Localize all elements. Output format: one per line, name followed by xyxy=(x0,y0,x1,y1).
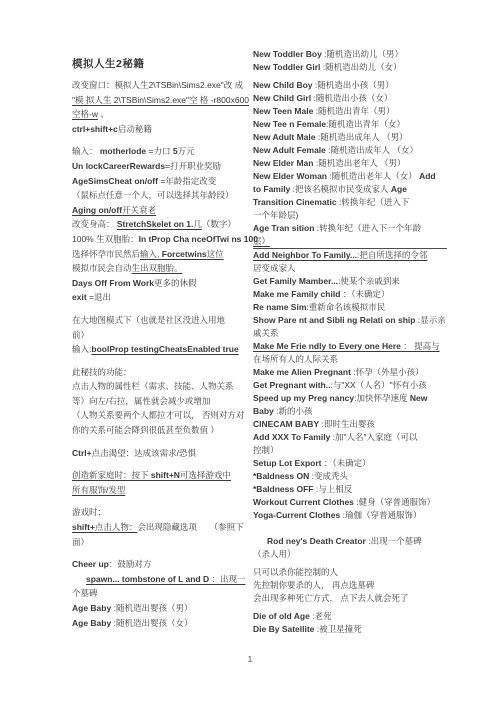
text-line: New Elder Woman :随机造出老年人（女） Add xyxy=(253,170,447,183)
text-segment: 戚关系 xyxy=(253,328,279,338)
text-segment: Make me Family child xyxy=(253,289,340,299)
text-line: Make me Alien Pregnant :怀孕（外星小孩） xyxy=(253,366,447,379)
text-segment: Age Baby xyxy=(72,618,111,628)
text-segment: :随机造出婴孩（女） xyxy=(111,618,192,628)
text-line: 输入:boolProp testingCheatsEnabled true xyxy=(72,342,250,357)
text-line: （鼠标点任意一个人，可以选择其年龄段） xyxy=(72,188,250,203)
text-segment: :显示亲 xyxy=(415,315,445,325)
text-segment: 万元 xyxy=(178,146,195,156)
text-line: 等）向左/右拉，属性就会减少或增加 xyxy=(72,394,250,409)
text-segment: Ctrl+ xyxy=(72,448,92,458)
text-segment: New Tee n Female xyxy=(253,119,326,129)
text-line: New Toddler Boy :随机造出幼儿（男） xyxy=(253,48,447,61)
text-line: New Child Boy :随机造出小孩（男） xyxy=(253,79,447,92)
text-line: Re name Sim:重新命名该模拟市民 xyxy=(253,301,447,314)
text-segment: Aging on/off xyxy=(72,205,122,215)
text-segment: Speed up my Preg nancy xyxy=(253,393,354,403)
text-segment: to Family xyxy=(253,184,290,194)
text-segment: shift+ xyxy=(72,522,95,532)
text-line: Add XXX To Family :加"人名"入家庭（可以 xyxy=(253,431,447,444)
text-segment: CINECAM BABY xyxy=(253,419,319,429)
text-line: Get Family Mamber...:使某个亲戚到来 xyxy=(253,275,447,288)
text-line: shift+点击人物：会出现隐藏选项 （参照下 xyxy=(72,520,250,535)
text-line: 层） xyxy=(253,235,447,249)
text-segment: Die of old Age xyxy=(253,611,310,621)
text-segment: :把该名模拟市民变成家人 xyxy=(290,184,391,194)
text-line: （杀人用） xyxy=(253,548,447,561)
text-segment: :随机造出幼儿（女） xyxy=(320,62,401,72)
text-line: 模拟市民会自动生出双胞胎。 xyxy=(72,261,250,276)
text-line: CINECAM BABY :即时生出婴孩 xyxy=(253,418,447,431)
text-segment: 游戏时： xyxy=(72,507,106,517)
text-line: Make Me Frie ndly to Every one Here ： 提高… xyxy=(253,340,447,353)
text-line: Show Pare nt and Sibli ng Relati on ship… xyxy=(253,314,447,327)
text-line: Cheer up：鼓励对方 xyxy=(72,557,250,572)
text-segment: :老死 xyxy=(310,611,332,621)
text-line: Setup Lot Export ：（未确定） xyxy=(253,457,447,470)
text-segment: ：鼓励对方 xyxy=(109,559,152,569)
text-segment: =退出 xyxy=(87,292,111,302)
text-segment: ： 提高与 xyxy=(401,341,440,351)
text-segment: spawn... tombstone of L and D xyxy=(86,574,209,584)
text-segment: 前） xyxy=(72,330,89,340)
text-line: Ctrl+点击渴望：达成该需求/恐惧 xyxy=(72,446,250,461)
text-line: to Family :把该名模拟市民变成家人 Age xyxy=(253,183,447,196)
text-segment: "模 拟人生 2\TSBin\Sims2.exe"空 格 -r800x600 xyxy=(72,95,249,105)
text-line: 你的关系可能会降到很低甚至负数值 ） xyxy=(72,423,250,438)
text-segment: :随机造出老年人（女） xyxy=(327,171,419,181)
text-line: Workout Current Clothes :健身（穿普通服饰） xyxy=(253,496,447,509)
text-segment: 居变成家人 xyxy=(253,263,296,273)
text-line: 戚关系 xyxy=(253,327,447,340)
text-segment: :与"XX（人名）"怀有小孩 xyxy=(330,380,426,390)
text-segment: Yoga-Current Clothes xyxy=(253,510,340,520)
text-segment: 更多的休假 xyxy=(154,278,197,288)
text-segment: :随机造出幼儿（男） xyxy=(322,49,403,59)
text-segment: :重新命名该模拟市民 xyxy=(306,302,385,312)
text-segment: ：（未确定） xyxy=(340,289,389,299)
text-segment: 选择怀孕市民然后 xyxy=(72,249,140,259)
text-segment: 会出现隐藏选项 （参照下 xyxy=(137,522,243,532)
text-segment: Make me Alien Pregnant xyxy=(253,367,351,377)
text-line: 前） xyxy=(72,328,250,343)
text-line: 点击人物的属性栏（需求、技能、人物关系 xyxy=(72,379,250,394)
text-segment: 输入: xyxy=(72,344,91,354)
text-segment: 启动秘籍 xyxy=(118,124,152,134)
text-segment: New Elder Man xyxy=(253,158,313,168)
text-segment: New Adult Male xyxy=(253,132,316,142)
text-segment: :随机造出小孩（女） xyxy=(311,93,392,103)
text-segment: New Elder Woman xyxy=(253,171,327,181)
text-segment: :转换年纪（进入下 xyxy=(337,197,410,207)
text-segment: AgeSimsCheat on/off xyxy=(72,176,158,186)
text-segment: 生出双胞胎。 xyxy=(132,263,183,273)
text-segment: New Adult Female xyxy=(253,145,326,155)
text-line: Make me Family child ：（未确定） xyxy=(253,288,447,301)
text-segment: 空格-w xyxy=(72,109,98,119)
text-segment: :加快怀孕速度 xyxy=(354,393,410,403)
text-line: Age Tran sition :转换年纪（进入下一个年龄 xyxy=(253,222,447,235)
text-line: Aging on/off开关衰老 xyxy=(72,203,250,218)
text-segment: （人物关系要两个人都拉才可以， 否则对方对 xyxy=(72,410,244,420)
text-line: New Toddler Girl :随机造出幼儿（女） xyxy=(253,61,447,74)
text-segment: 面） xyxy=(72,537,89,547)
text-segment: :瑜伽（穿普通服饰） xyxy=(340,510,421,520)
text-segment: 创造新家庭时：按下 xyxy=(72,470,151,480)
text-segment: :把自所选择的令邻 xyxy=(357,250,427,260)
text-line: New Tee n Female:随机造出青年（女） xyxy=(253,118,447,131)
text-segment: 点击渴望：达成该需求/恐惧 xyxy=(92,448,196,458)
text-segment: 输入, xyxy=(140,249,162,259)
text-segment: :变成秃头 xyxy=(309,471,348,481)
text-segment: （鼠标点任意一个人，可以选择其年龄段） xyxy=(72,190,234,200)
text-segment: :加"人名"入家庭（可以 xyxy=(330,432,417,442)
text-line: New Adult Male :随机造出成年人 （男） xyxy=(253,131,447,144)
page-title: 模拟人生2秘籍 xyxy=(72,56,144,71)
text-segment: 可选择游戏中 xyxy=(180,470,231,480)
text-line: *Baldness ON :变成秃头 xyxy=(253,470,447,483)
text-line: 改变身高： StretchSkelet on 1.几（数字） xyxy=(72,217,250,232)
text-segment: 、 xyxy=(98,109,109,119)
text-segment: Days Off From Work xyxy=(72,278,154,288)
text-line: exit =退出 xyxy=(72,290,250,305)
text-segment: 先控制你要杀的人， 再点选墓碑 xyxy=(253,580,374,590)
text-line: 会出现多种死亡方式， 点下去人就会死了 xyxy=(253,592,447,605)
text-line: New Elder Man :随机造出老年人 （男） xyxy=(253,157,447,170)
text-segment: 控制） xyxy=(253,445,279,455)
text-segment: :随机造出婴孩（男） xyxy=(111,603,192,613)
text-segment: :随机造出青年（男） xyxy=(313,106,394,116)
text-segment: Show Pare nt and Sibli ng Relati on ship xyxy=(253,315,415,325)
right-column: New Toddler Boy :随机造出幼儿（男）New Toddler Gi… xyxy=(253,48,447,636)
text-segment: *Baldness ON xyxy=(253,471,309,481)
page-number: 1 xyxy=(0,655,500,664)
text-line: Days Off From Work更多的休假 xyxy=(72,276,250,291)
text-line: New Teen Male :随机造出青年（男） xyxy=(253,105,447,118)
text-segment: :转换年纪（进入下一个年龄 xyxy=(314,223,421,233)
text-segment: 只可以杀你能控制的人 xyxy=(253,567,338,577)
text-segment: Make Me Frie ndly to Every one Here xyxy=(253,341,401,351)
text-segment: :新的小孩 xyxy=(274,406,313,416)
text-segment: Add Neighbor To Family... xyxy=(253,250,357,260)
text-segment: :怀孕（外星小孩） xyxy=(351,367,424,377)
text-segment: In tProp Cha nceOfTwi ns 100 xyxy=(139,234,258,244)
text-segment: 开关衰老 xyxy=(122,205,156,215)
text-segment: （数字） xyxy=(202,219,236,229)
text-line: 先控制你要杀的人， 再点选墓碑 xyxy=(253,579,447,592)
text-line: 个墓碑 xyxy=(72,586,250,601)
document-page: 模拟人生2秘籍 改变窗口：模拟人生2\TSBin\Sims2.exe"改 成"模… xyxy=(0,0,500,708)
text-segment: Age xyxy=(391,184,407,194)
text-segment: :出现一个墓碑 xyxy=(366,536,422,546)
text-line: 改变窗口：模拟人生2\TSBin\Sims2.exe"改 成 xyxy=(72,78,250,93)
text-line: 只可以杀你能控制的人 xyxy=(253,566,447,579)
text-line: 在大地图模式下（也就是社区没进入用地 xyxy=(72,313,250,328)
text-segment: :随机造出老年人 （男） xyxy=(313,158,405,168)
text-segment: 此秘技的功能： xyxy=(72,367,132,377)
text-line: 创造新家庭时：按下 shift+N可选择游戏中 xyxy=(72,468,250,483)
text-segment: Age Baby xyxy=(72,603,111,613)
text-segment: :健身（穿普通服饰） xyxy=(354,497,435,507)
text-line: Get Pregnant with..:与"XX（人名）"怀有小孩 xyxy=(253,379,447,392)
text-line: AgeSimsCheat on/off =年龄指定改变 xyxy=(72,174,250,189)
text-line: 选择怀孕市民然后输入, Forcetwins这位 xyxy=(72,247,250,262)
text-segment: :随机造出成年人 （男） xyxy=(316,132,408,142)
text-segment: =力口 xyxy=(146,146,173,156)
text-segment: Rod ney's Death Creator xyxy=(267,536,366,546)
text-segment: New Child Girl xyxy=(253,93,311,103)
text-line: 所有服饰/发型 xyxy=(72,483,250,498)
text-line: 空格-w 、 xyxy=(72,107,250,122)
text-segment: Add xyxy=(419,171,436,181)
text-segment: =年龄指定改变 xyxy=(158,176,216,186)
text-line: Baby :新的小孩 xyxy=(253,405,447,418)
text-line: 居变成家人 xyxy=(253,262,447,275)
text-segment: Un lockCareerRewards xyxy=(72,161,165,171)
text-line: 在场所有人的人际关系 xyxy=(253,353,447,366)
text-segment: :与上相反 xyxy=(313,484,352,494)
text-segment: 个墓碑 xyxy=(72,588,98,598)
text-segment: Forcetwins xyxy=(162,249,207,259)
text-line: Transition Cinematic :转换年纪（进入下 xyxy=(253,196,447,209)
text-segment: boolProp testingCheatsEnabled true xyxy=(91,344,238,354)
text-segment: （杀人用） xyxy=(253,549,296,559)
text-segment: Workout Current Clothes xyxy=(253,497,354,507)
text-segment: Baby xyxy=(253,406,274,416)
text-line: spawn... tombstone of L and D ：出现一 xyxy=(72,572,250,587)
text-line: Die By Satellite :被卫星撞死 xyxy=(253,623,447,636)
text-segment: Age Tran sition xyxy=(253,223,314,233)
text-segment: :被卫星撞死 xyxy=(314,624,361,634)
text-segment: Cheer up xyxy=(72,559,109,569)
text-segment: motherlode xyxy=(100,146,146,156)
text-line: 游戏时： xyxy=(72,505,250,520)
text-segment: :随机造出成年人 （女） xyxy=(326,145,418,155)
text-segment: 几 xyxy=(193,219,202,229)
text-segment: ：出现一 xyxy=(209,574,245,584)
text-segment: 模拟市民会自动 xyxy=(72,263,132,273)
text-line: 100% 生双胞胎：In tProp Cha nceOfTwi ns 100 xyxy=(72,232,250,247)
left-column: 改变窗口：模拟人生2\TSBin\Sims2.exe"改 成"模 拟人生 2\T… xyxy=(72,78,250,630)
text-segment: :随机造出青年（女） xyxy=(326,119,405,129)
text-segment: Add XXX To Family xyxy=(253,432,330,442)
text-segment: exit xyxy=(72,292,87,302)
text-line: ctrl+shift+c启动秘籍 xyxy=(72,122,250,137)
text-segment: StretchSkelet on 1. xyxy=(117,219,194,229)
text-line: Age Baby :随机造出婴孩（女） xyxy=(72,616,250,631)
text-line: New Child Girl :随机造出小孩（女） xyxy=(253,92,447,105)
text-segment: 等）向左/右拉，属性就会减少或增加 xyxy=(72,396,210,406)
text-segment: :即时生出婴孩 xyxy=(319,419,375,429)
text-segment: 层） xyxy=(253,236,270,246)
text-line: Speed up my Preg nancy:加快怀孕速度 New xyxy=(253,392,447,405)
text-segment: 在大地图模式下（也就是社区没进入用地 xyxy=(72,315,225,325)
text-segment: New Child Boy xyxy=(253,80,313,90)
text-line: Die of old Age :老死 xyxy=(253,610,447,623)
text-segment: ctrl+shift+c xyxy=(72,124,118,134)
text-segment: Setup Lot Export xyxy=(253,458,321,468)
text-segment: 改变身高： xyxy=(72,219,117,229)
text-line: Rod ney's Death Creator :出现一个墓碑 xyxy=(253,535,447,548)
text-segment: 这位 xyxy=(207,249,224,259)
text-segment: Die By Satellite xyxy=(253,624,314,634)
text-line: 一个年龄层) xyxy=(253,209,447,222)
text-segment: 点击人物： xyxy=(95,522,138,532)
text-segment: 输入： xyxy=(72,146,100,156)
text-segment: 改变窗口：模拟人生2\TSBin\Sims2.exe"改 成 xyxy=(72,80,243,90)
text-segment: Get Pregnant with.. xyxy=(253,380,330,390)
text-line: 面） xyxy=(72,535,250,550)
text-segment: 会出现多种死亡方式， 点下去人就会死了 xyxy=(253,593,408,603)
text-segment: New Toddler Girl xyxy=(253,62,320,72)
text-segment: 一个年龄层) xyxy=(253,210,298,220)
text-segment: *Baldness OFF xyxy=(253,484,313,494)
text-segment: Get Family Mamber... xyxy=(253,276,338,286)
text-segment: 在场所有人的人际关系 xyxy=(253,354,338,364)
text-segment: Re name Sim xyxy=(253,302,306,312)
text-segment: New xyxy=(410,393,427,403)
text-segment: :随机造出小孩（男） xyxy=(313,80,394,90)
text-segment: 所有服饰/发型 xyxy=(72,485,125,495)
text-line: 此秘技的功能： xyxy=(72,365,250,380)
text-segment: 100% 生双胞胎： xyxy=(72,234,139,244)
text-segment: 点击人物的属性栏（需求、技能、人物关系 xyxy=(72,381,234,391)
text-line: Add Neighbor To Family...:把自所选择的令邻 xyxy=(253,249,447,262)
text-line: （人物关系要两个人都拉才可以， 否则对方对 xyxy=(72,408,250,423)
text-segment: shift+N xyxy=(151,470,180,480)
text-line: 控制） xyxy=(253,444,447,457)
text-segment: 你的关系可能会降到很低甚至负数值 ） xyxy=(72,425,219,435)
text-segment: New Teen Male xyxy=(253,106,313,116)
text-segment: ：（未确定） xyxy=(321,458,370,468)
text-line: "模 拟人生 2\TSBin\Sims2.exe"空 格 -r800x600 xyxy=(72,93,250,108)
text-segment: :使某个亲戚到来 xyxy=(338,276,400,286)
text-line: Age Baby :随机造出婴孩（男） xyxy=(72,601,250,616)
text-segment: New Toddler Boy xyxy=(253,49,322,59)
text-segment: =打开职业奖励 xyxy=(165,161,221,171)
text-line: Yoga-Current Clothes :瑜伽（穿普通服饰） xyxy=(253,509,447,522)
text-line: 输入： motherlode =力口 5万元 xyxy=(72,144,250,159)
text-line: New Adult Female :随机造出成年人 （女） xyxy=(253,144,447,157)
text-line: *Baldness OFF :与上相反 xyxy=(253,483,447,496)
text-line: Un lockCareerRewards=打开职业奖励 xyxy=(72,159,250,174)
text-segment: Transition Cinematic xyxy=(253,197,337,207)
